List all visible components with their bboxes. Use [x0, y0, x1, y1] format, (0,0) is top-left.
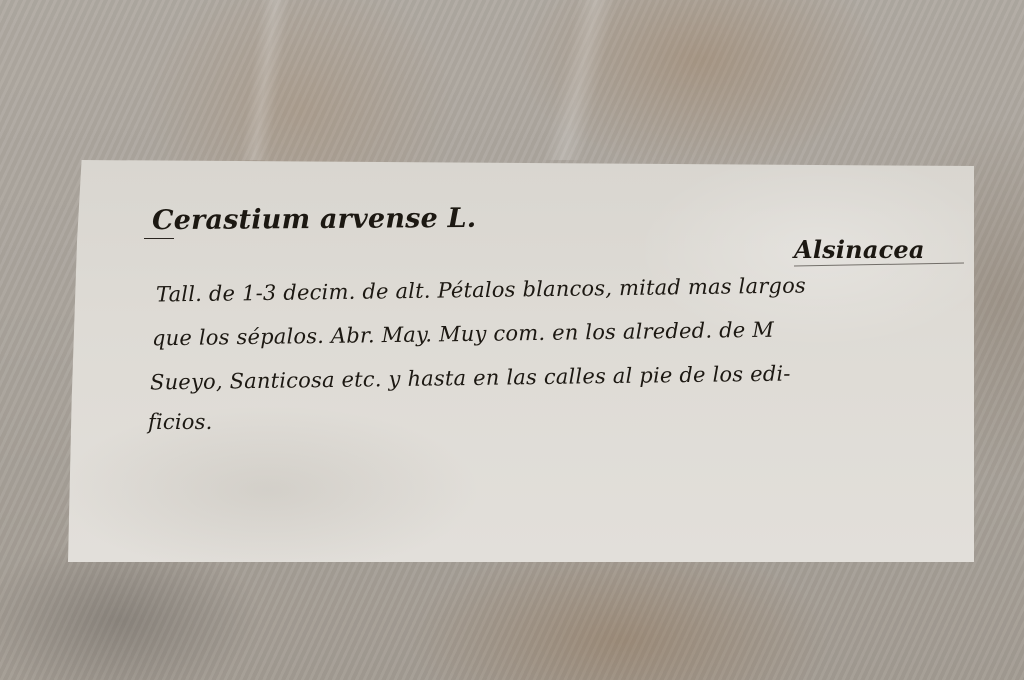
backing-sheet-crease	[543, 0, 617, 160]
herbarium-label: Cerastium arvense L. Alsinacea Tall. de …	[68, 160, 974, 562]
title-underline	[144, 238, 174, 239]
backing-sheet-crease	[239, 0, 291, 160]
family-name: Alsinacea	[794, 235, 925, 264]
species-name: Cerastium arvense L.	[152, 203, 477, 236]
description-line-4: ficios.	[148, 410, 212, 434]
description-line-2: que los sépalos. Abr. May. Muy com. en l…	[152, 318, 774, 351]
description-line-1: Tall. de 1-3 decim. de alt. Pétalos blan…	[156, 273, 806, 306]
description-line-3: Sueyo, Santicosa etc. y hasta en las cal…	[150, 362, 791, 395]
